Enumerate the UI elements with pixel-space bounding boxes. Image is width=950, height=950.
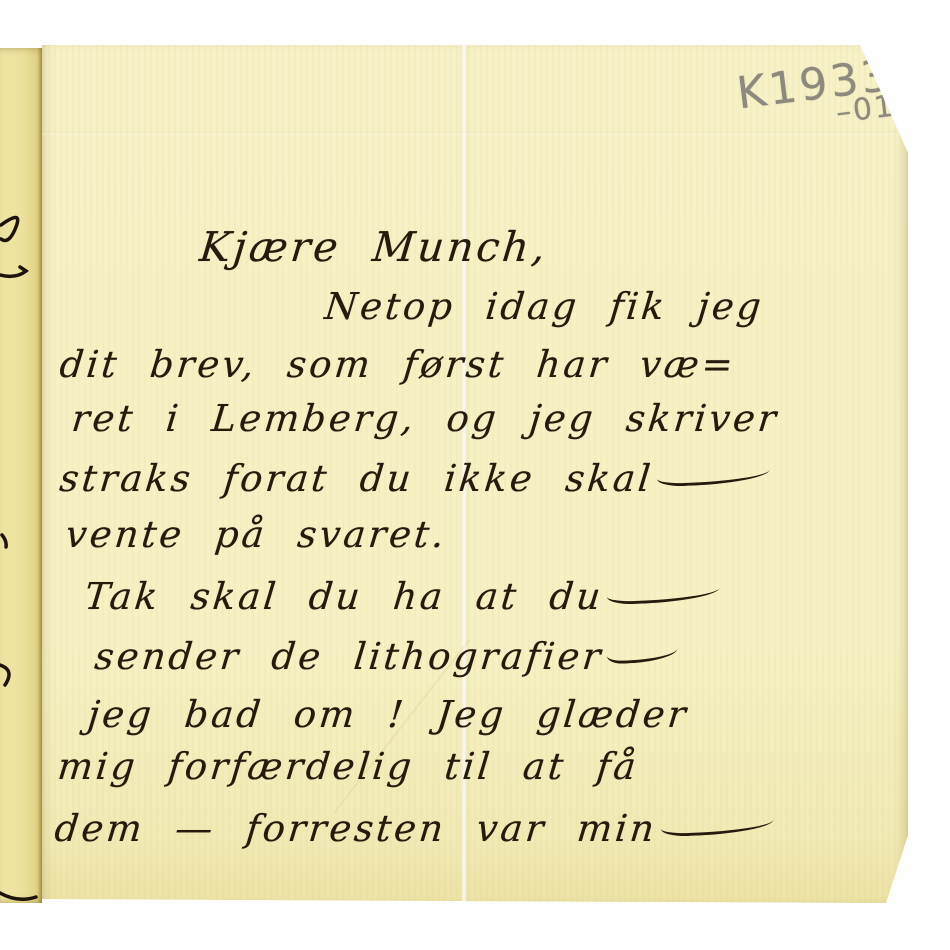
- adjacent-page-edge: [0, 48, 42, 903]
- letter-line: mig forfærdelig til at få: [56, 745, 641, 788]
- letter-page: K1933 –01 Kjære Munch, Netop idag fik je…: [42, 45, 908, 903]
- ink-fragment-strokes: [0, 93, 42, 950]
- letter-scan: K1933 –01 Kjære Munch, Netop idag fik je…: [0, 0, 950, 950]
- letter-line: ret i Lemberg, og jeg skriver: [70, 397, 781, 440]
- archival-code-suffix: –01: [834, 88, 898, 130]
- letter-line: vente på svaret.: [64, 513, 449, 556]
- pen-flourish: [607, 643, 679, 664]
- archival-mark: K1933 –01: [734, 50, 898, 142]
- letter-line: dit brev, som først har væ=: [58, 343, 738, 386]
- letter-line: dem — forresten var min: [53, 807, 775, 850]
- letter-line: sender de lithografier: [93, 635, 680, 678]
- pen-flourish: [656, 464, 770, 487]
- letter-line: straks forat du ikke skal: [58, 457, 772, 500]
- letter-line: jeg bad om ! Jeg glæder: [86, 693, 691, 736]
- letter-line: Tak skal du ha at du: [83, 575, 722, 618]
- letter-line: Netop idag fik jeg: [323, 285, 766, 328]
- pen-flourish: [660, 814, 774, 837]
- pen-flourish: [607, 582, 721, 605]
- letter-line-salutation: Kjære Munch,: [197, 223, 550, 271]
